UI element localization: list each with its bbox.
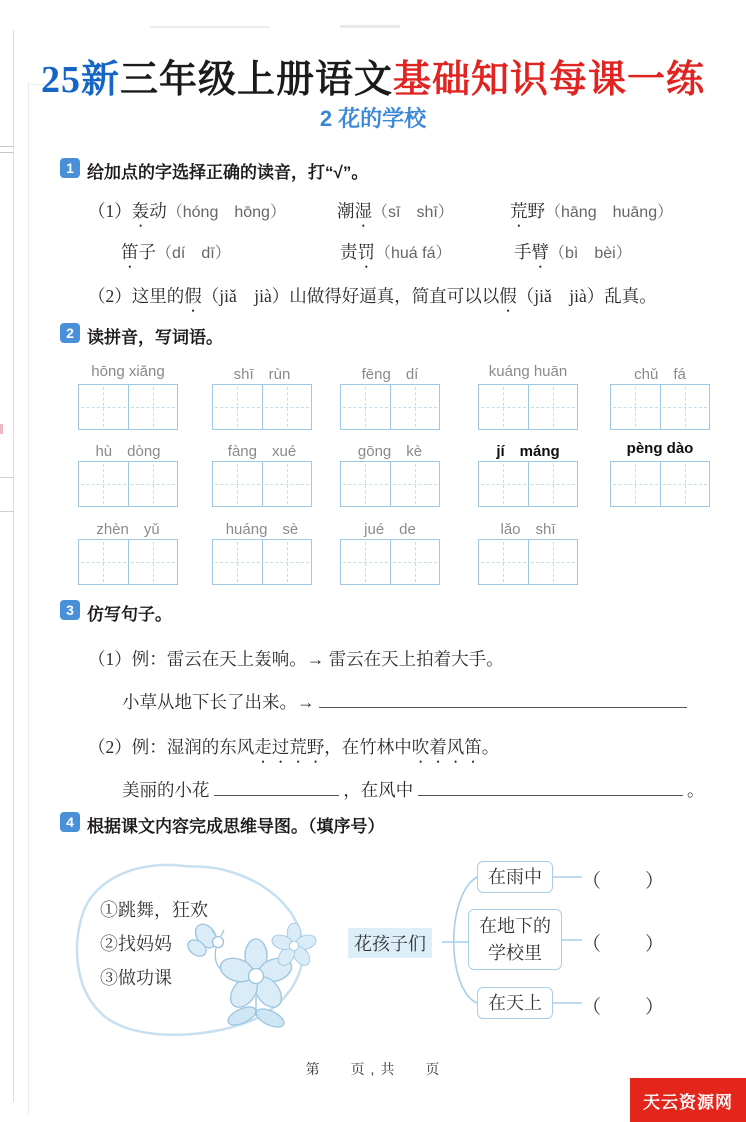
pinyin-label: jué de — [340, 518, 440, 539]
writing-grid[interactable] — [78, 384, 178, 430]
pinyin-choices: （sī shī） — [372, 204, 454, 221]
pinyin-label: hōng xiǎng — [78, 363, 178, 380]
q1-item1-word6: 手臂（bì bèi） — [514, 239, 632, 272]
answer-parens[interactable]: （ ） — [582, 866, 666, 893]
scan-artifact-tick — [0, 477, 14, 478]
scan-artifact-tick — [0, 511, 14, 512]
mindmap-root: 花孩子们 — [348, 928, 432, 958]
q3-item2-label: （2） — [88, 737, 132, 757]
mindmap-branch-2: 在地下的 学校里 — [468, 909, 562, 970]
q1-item1-word2: 潮湿（sī shī） — [337, 198, 454, 231]
q3-item1-task: 小草从地下长了出来。→ — [122, 689, 687, 714]
question-3-badge: 3 — [60, 600, 80, 620]
pinyin-choices: （hóng hōng） — [167, 204, 286, 221]
question-3-heading: 仿写句子。 — [87, 600, 172, 625]
option-item-3: ③做功课 — [100, 964, 172, 990]
pinyin-choices: （dí dī） — [156, 245, 231, 262]
pinyin-label: chǔ fá — [610, 363, 710, 384]
pinyin-label: pèng dào — [610, 440, 710, 457]
writing-grid[interactable] — [78, 539, 178, 585]
title-part-blue: 25新 — [41, 59, 120, 101]
pinyin-label: zhèn yǔ — [78, 518, 178, 539]
question-2-badge: 2 — [60, 323, 80, 343]
q1-item1-word1: （1）轰动（hóng hōng） — [88, 198, 286, 231]
writing-grid[interactable] — [478, 461, 578, 507]
q3-item1-label: （1） — [88, 649, 132, 669]
question-4-badge: 4 — [60, 812, 80, 832]
scan-artifact-tick — [0, 152, 14, 153]
pinyin-label: fàng xué — [212, 440, 312, 461]
q1-item2-label: （2） — [88, 286, 132, 306]
q1-item2-sentence: （2）这里的假（jiǎ jià）山做得好逼真，简直可以以假（jiǎ jià）乱真… — [88, 283, 657, 316]
answer-parens[interactable]: （ ） — [582, 992, 666, 1019]
q3-item2-example: （2）例：湿润的东风走过荒野，在竹林中吹着风笛。 — [88, 734, 499, 767]
scan-artifact-smudge — [150, 26, 270, 28]
writing-grid[interactable] — [212, 539, 312, 585]
pinyin-label: kuáng huān — [478, 363, 578, 380]
option-item-2: ②找妈妈 — [100, 930, 172, 956]
dotted-char: 轰 — [132, 201, 150, 221]
writing-grid[interactable] — [340, 461, 440, 507]
page-title: 25新三年级上册语文基础知识每课一练 — [0, 48, 746, 103]
writing-grid[interactable] — [478, 384, 578, 430]
writing-grid[interactable] — [78, 461, 178, 507]
lesson-title: 2 花的学校 — [0, 102, 746, 133]
dotted-char: 笛 — [121, 242, 139, 262]
writing-grid[interactable] — [212, 461, 312, 507]
answer-parens[interactable]: （ ） — [582, 929, 666, 956]
writing-grid[interactable] — [340, 384, 440, 430]
scan-artifact-page-edge — [28, 82, 29, 1114]
dotted-char: 臂 — [532, 242, 550, 262]
pinyin-choices: （huá fá） — [375, 245, 452, 262]
option-item-1: ①跳舞，狂欢 — [100, 896, 208, 922]
title-part-black: 三年级上册语文 — [120, 59, 393, 101]
pinyin-label: huáng sè — [212, 518, 312, 539]
pinyin-label: gōng kè — [340, 440, 440, 461]
worksheet-page: 25新三年级上册语文基础知识每课一练 2 花的学校 1 给加点的字选择正确的读音… — [0, 0, 746, 1122]
writing-grid[interactable] — [610, 384, 710, 430]
dotted-phrase: 吹着风笛 — [412, 737, 482, 757]
scan-artifact-left-line — [13, 30, 14, 1102]
question-4-heading: 根据课文内容完成思维导图。（填序号） — [87, 812, 385, 837]
mindmap-branch-1: 在雨中 — [477, 861, 553, 893]
writing-grid[interactable] — [340, 539, 440, 585]
pinyin-choices: （bì bèi） — [549, 245, 632, 262]
pinyin-label: hù dòng — [78, 440, 178, 461]
dotted-phrase: 走过荒野 — [254, 737, 324, 757]
dotted-char: 假 — [184, 286, 202, 306]
pinyin-label: fēng dí — [340, 363, 440, 384]
answer-blank[interactable] — [418, 780, 683, 796]
writing-grid[interactable] — [478, 539, 578, 585]
writing-grid[interactable] — [212, 384, 312, 430]
dotted-char: 荒 — [510, 201, 528, 221]
pinyin-label: jí máng — [478, 440, 578, 461]
dotted-char: 假 — [499, 286, 517, 306]
scan-artifact-smudge — [340, 25, 400, 28]
question-1-badge: 1 — [60, 158, 80, 178]
q1-item1-word5: 责罚（huá fá） — [340, 239, 452, 272]
scan-artifact-tick — [0, 146, 14, 147]
q1-item1-word3: 荒野（hāng huāng） — [510, 198, 673, 231]
q1-item1-word4: 笛子（dí dī） — [121, 239, 231, 272]
page-number-footer: 第 页 , 共 页 — [0, 1059, 746, 1079]
title-part-red: 基础知识每课一练 — [393, 59, 705, 101]
watermark-banner: 天云资源网 — [630, 1078, 746, 1122]
answer-blank[interactable] — [319, 692, 687, 708]
pinyin-label: lǎo shī — [478, 518, 578, 539]
q3-item2-task: 美丽的小花 ，在风中 。 — [122, 777, 705, 802]
pinyin-label: shī rùn — [212, 363, 312, 384]
question-1-heading: 给加点的字选择正确的读音，打“√”。 — [87, 158, 368, 183]
question-2-heading: 读拼音，写词语。 — [87, 323, 223, 348]
q1-item1-label: （1） — [88, 201, 132, 221]
mindmap-branch-3: 在天上 — [477, 987, 553, 1019]
dotted-char: 湿 — [355, 201, 373, 221]
scan-artifact-pink-mark — [0, 424, 3, 434]
writing-grid[interactable] — [610, 461, 710, 507]
answer-blank[interactable] — [214, 780, 339, 796]
q3-item1-example: （1）例：雷云在天上轰响。→ 雷云在天上拍着大手。 — [88, 646, 504, 671]
pinyin-choices: （hāng huāng） — [545, 204, 673, 221]
dotted-char: 罚 — [358, 242, 376, 262]
